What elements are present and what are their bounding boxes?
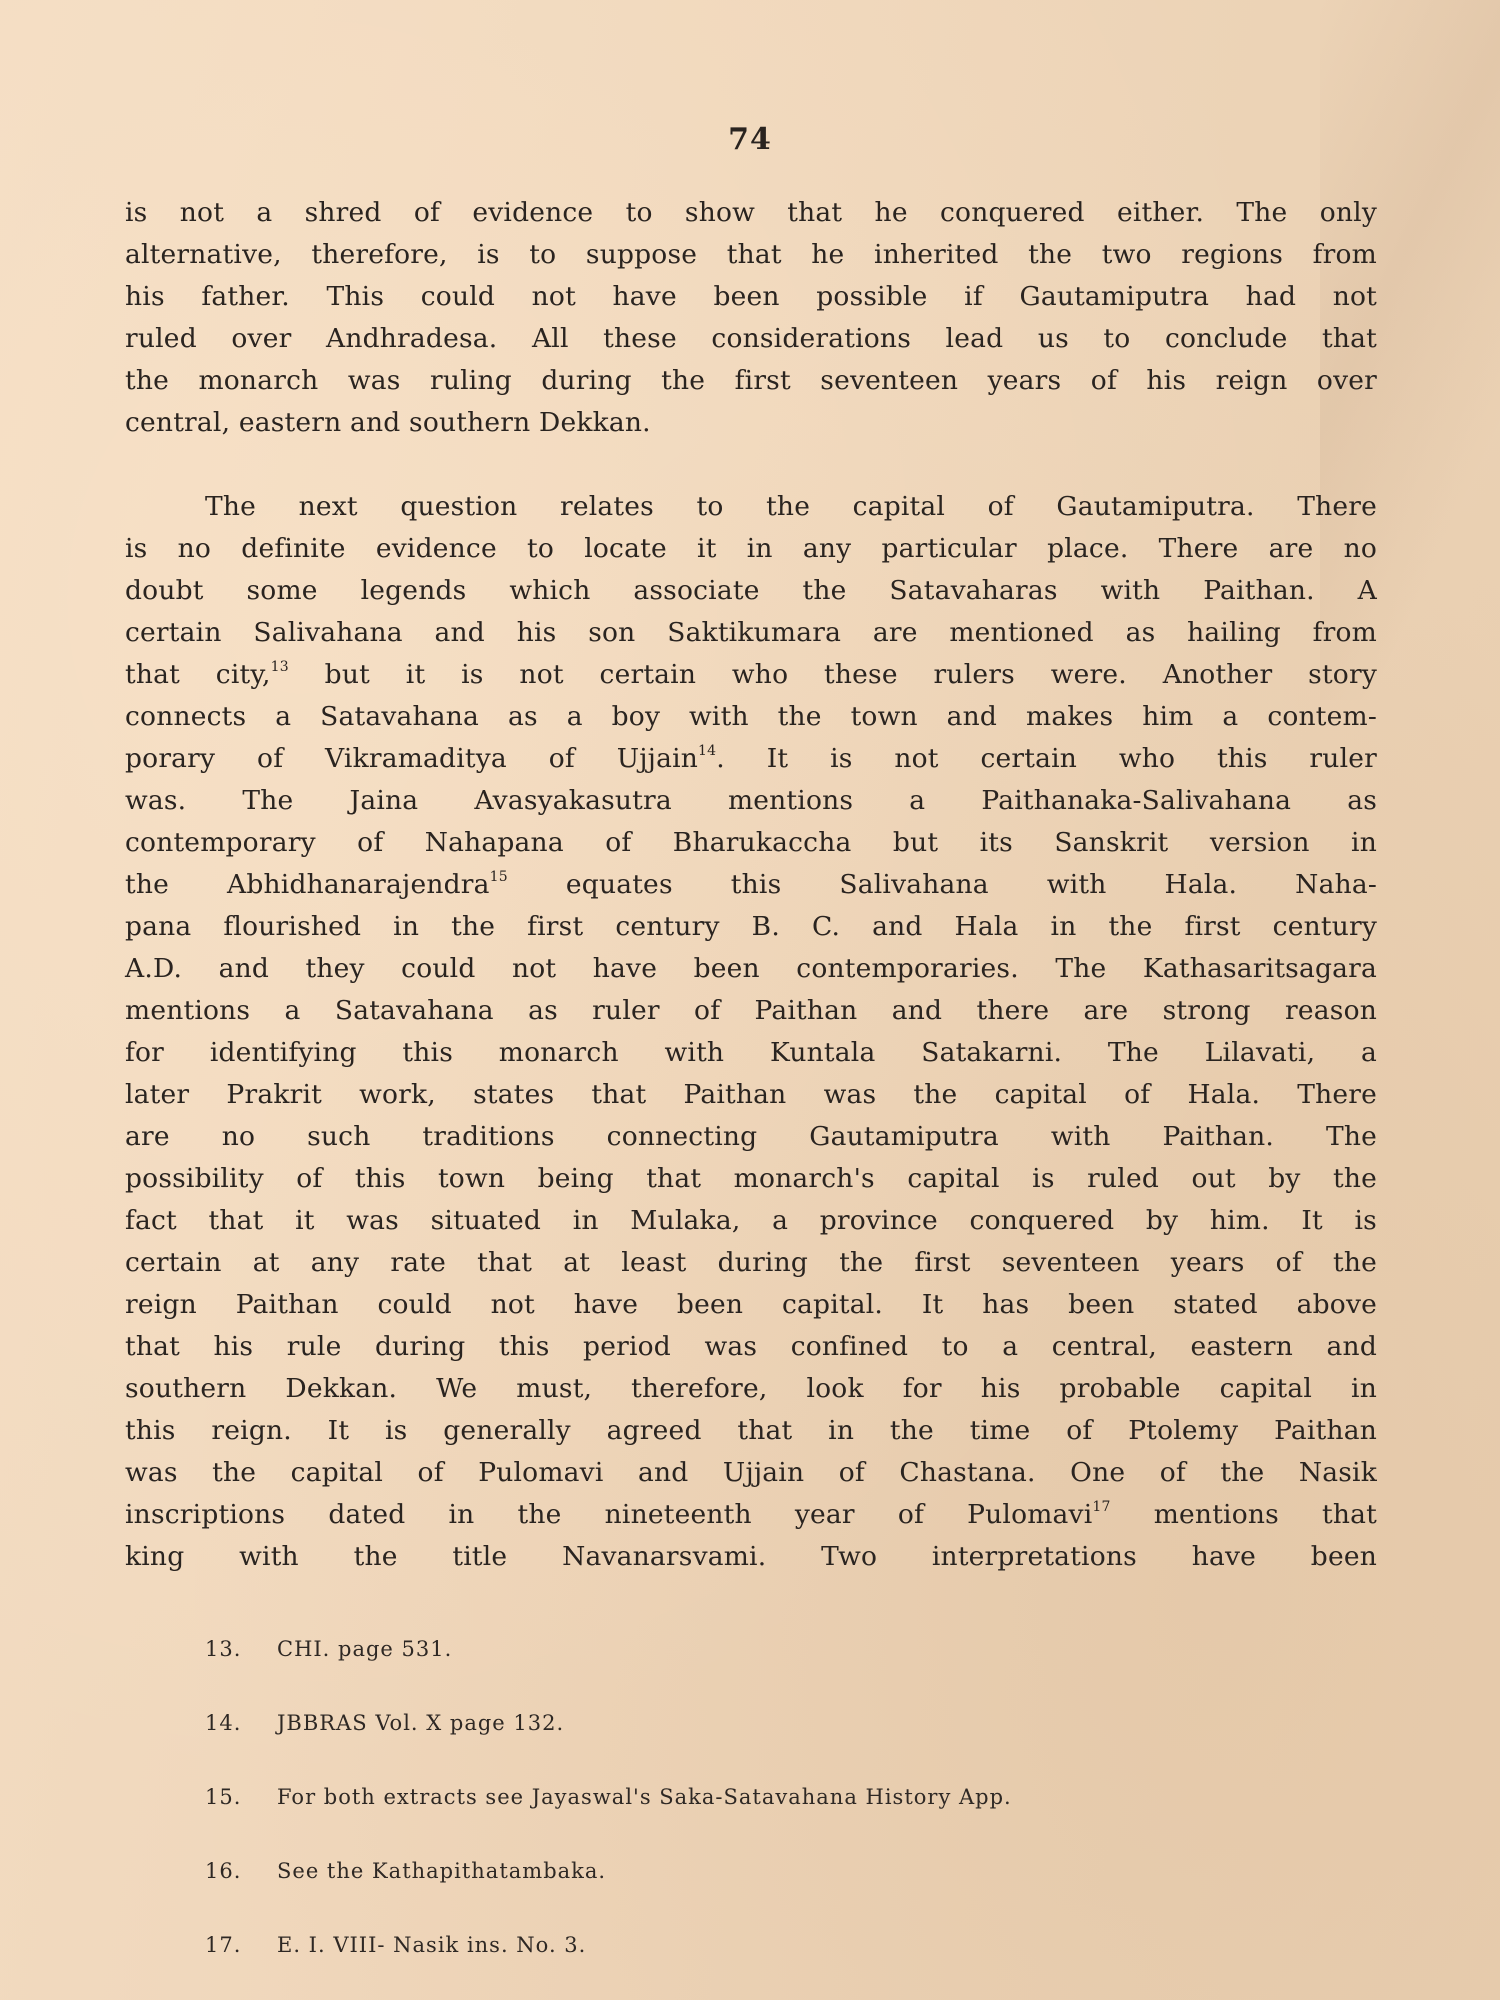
footnote-text: For both extracts see Jayaswal's Saka-Sa… — [277, 1785, 1012, 1809]
footnote-ref-17: 17 — [1092, 1499, 1110, 1515]
text-line: contemporary of Nahapana of Bharukaccha … — [125, 822, 1377, 864]
text-line: connects a Satavahana as a boy with the … — [125, 696, 1377, 738]
footnote-text: E. I. VIII- Nasik ins. No. 3. — [277, 1933, 586, 1957]
footnote-16: 16. See the Kathapithatambaka. — [205, 1834, 1305, 1908]
body-text: is not a shred of evidence to show that … — [125, 192, 1377, 1578]
text-line-with-footnote-ref: inscriptions dated in the nineteenth yea… — [125, 1494, 1377, 1536]
text-line: are no such traditions connecting Gautam… — [125, 1116, 1377, 1158]
footnote-15: 15. For both extracts see Jayaswal's Sak… — [205, 1760, 1305, 1834]
footnote-14: 14. JBBRAS Vol. X page 132. — [205, 1686, 1305, 1760]
footnote-number: 15. — [205, 1785, 277, 1809]
text-segment: . It is not certain who this ruler — [716, 743, 1377, 774]
footnote-ref-13: 13 — [271, 659, 289, 675]
text-line: certain at any rate that at least during… — [125, 1242, 1377, 1284]
text-segment: inscriptions dated in the nineteenth yea… — [125, 1499, 1092, 1530]
text-line: central, eastern and southern Dekkan. — [125, 402, 1377, 444]
footnote-text: JBBRAS Vol. X page 132. — [277, 1711, 564, 1735]
text-line: certain Salivahana and his son Saktikuma… — [125, 612, 1377, 654]
text-line: later Prakrit work, states that Paithan … — [125, 1074, 1377, 1116]
footnote-ref-14: 14 — [698, 743, 716, 759]
text-segment: but it is not certain who these rulers w… — [289, 659, 1377, 690]
text-segment: equates this Salivahana with Hala. Naha- — [508, 869, 1377, 900]
text-line: this reign. It is generally agreed that … — [125, 1410, 1377, 1452]
text-line-with-footnote-ref: that city,13 but it is not certain who t… — [125, 654, 1377, 696]
text-line: king with the title Navanarsvami. Two in… — [125, 1536, 1377, 1578]
footnote-number: 16. — [205, 1859, 277, 1883]
text-line: that his rule during this period was con… — [125, 1326, 1377, 1368]
paragraph-2: The next question relates to the capital… — [125, 486, 1377, 1578]
footnote-13: 13. CHI. page 531. — [205, 1612, 1305, 1686]
text-line: is not a shred of evidence to show that … — [125, 192, 1377, 234]
footnote-number: 13. — [205, 1637, 277, 1661]
footnote-text: CHI. page 531. — [277, 1637, 452, 1661]
text-line: alternative, therefore, is to suppose th… — [125, 234, 1377, 276]
text-line: A.D. and they could not have been contem… — [125, 948, 1377, 990]
text-line: fact that it was situated in Mulaka, a p… — [125, 1200, 1377, 1242]
text-line: possibility of this town being that mona… — [125, 1158, 1377, 1200]
document-page: 74 is not a shred of evidence to show th… — [0, 0, 1500, 2000]
text-line: reign Paithan could not have been capita… — [125, 1284, 1377, 1326]
text-line: was the capital of Pulomavi and Ujjain o… — [125, 1452, 1377, 1494]
text-line: mentions a Satavahana as ruler of Paitha… — [125, 990, 1377, 1032]
paragraph-1: is not a shred of evidence to show that … — [125, 192, 1377, 444]
text-line: The next question relates to the capital… — [125, 486, 1377, 528]
footnote-number: 14. — [205, 1711, 277, 1735]
text-line: ruled over Andhradesa. All these conside… — [125, 318, 1377, 360]
text-line: southern Dekkan. We must, therefore, loo… — [125, 1368, 1377, 1410]
text-line: pana flourished in the first century B. … — [125, 906, 1377, 948]
text-line: was. The Jaina Avasyakasutra mentions a … — [125, 780, 1377, 822]
footnote-ref-15: 15 — [490, 869, 508, 885]
text-line: for identifying this monarch with Kuntal… — [125, 1032, 1377, 1074]
text-segment: mentions that — [1111, 1499, 1377, 1530]
footnotes: 13. CHI. page 531. 14. JBBRAS Vol. X pag… — [205, 1612, 1305, 1982]
text-line: doubt some legends which associate the S… — [125, 570, 1377, 612]
footnote-number: 17. — [205, 1933, 277, 1957]
text-segment: the Abhidhanarajendra — [125, 869, 490, 900]
footnote-text: See the Kathapithatambaka. — [277, 1859, 606, 1883]
text-line: is no definite evidence to locate it in … — [125, 528, 1377, 570]
page-number: 74 — [0, 122, 1500, 157]
text-segment: that city, — [125, 659, 271, 690]
text-line-with-footnote-ref: the Abhidhanarajendra15 equates this Sal… — [125, 864, 1377, 906]
text-segment: porary of Vikramaditya of Ujjain — [125, 743, 698, 774]
footnote-17: 17. E. I. VIII- Nasik ins. No. 3. — [205, 1908, 1305, 1982]
paragraph-gap — [125, 444, 1377, 486]
text-line-with-footnote-ref: porary of Vikramaditya of Ujjain14. It i… — [125, 738, 1377, 780]
text-line: the monarch was ruling during the first … — [125, 360, 1377, 402]
text-line: his father. This could not have been pos… — [125, 276, 1377, 318]
